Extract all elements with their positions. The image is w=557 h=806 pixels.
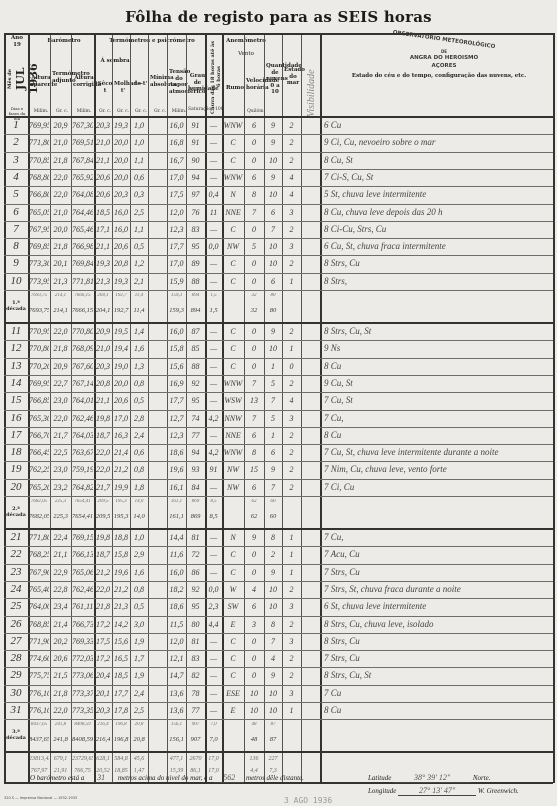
cell-vel: 0 — [245, 362, 263, 371]
cell-chuva: — — [206, 379, 221, 388]
sky-remark: 8 Ci-Cu, Strs, Cu — [324, 224, 386, 234]
sky-remark: 8 Strs, Cu — [324, 258, 360, 268]
month-summary-cell: 227 — [265, 756, 281, 762]
decade-total-tens: 159,3 — [168, 293, 185, 298]
decade-total-tens: 156,1 — [168, 736, 185, 743]
cell-term: 22,0 — [51, 706, 70, 715]
cell-mar: 0 — [283, 362, 300, 371]
grid-column-line — [320, 33, 322, 783]
visibilidade-header: Visibilidade — [306, 41, 317, 117]
cell-term: 23,0 — [51, 465, 70, 474]
cell-chuva: — — [206, 225, 221, 234]
grid-row-line — [4, 461, 553, 462]
cell-corr: 764,03 — [72, 431, 93, 440]
cell-nuv: 9 — [265, 121, 281, 130]
cell-diff: 1,9 — [131, 637, 147, 646]
sky-remark: 7 Strs, Cu — [324, 567, 360, 577]
cell-diff: 0,8 — [131, 379, 147, 388]
cell-rumo: C — [223, 277, 243, 286]
cell-nuv: 10 — [265, 706, 281, 715]
day-number: 31 — [4, 704, 28, 716]
grid-row-line — [4, 702, 553, 703]
unit-quilom: Quilóm. — [246, 109, 266, 114]
cell-seco: 19,8 — [95, 414, 111, 423]
decade-total-seco: 209,5 — [95, 513, 111, 520]
cell-vel: 8 — [245, 448, 263, 457]
cell-molh: 18,8 — [113, 533, 129, 542]
cell-rumo: NNW — [223, 414, 243, 423]
decade-total-chuva: 8,5 — [206, 499, 221, 504]
cell-alt: 765,05 — [29, 208, 49, 217]
cell-nuv: 10 — [265, 242, 281, 251]
day-number: 13 — [4, 360, 28, 372]
grid-row-line — [4, 633, 553, 634]
cell-mar: 2 — [283, 259, 300, 268]
cell-term: 21,0 — [51, 138, 70, 147]
cell-molh: 21,2 — [113, 585, 129, 594]
cell-corr: 768,09 — [72, 344, 93, 353]
cell-chuva: 4,4 — [206, 620, 221, 629]
cell-term: 21,8 — [51, 156, 70, 165]
month-summary-cell: 17,0 — [206, 756, 221, 762]
cell-alt: 762,25 — [29, 465, 49, 474]
grid-column-line — [50, 33, 51, 783]
cell-vel: 0 — [245, 225, 263, 234]
cell-nuv: 6 — [265, 208, 281, 217]
cell-grau: 85 — [187, 344, 204, 353]
cell-rumo: NW — [223, 465, 243, 474]
cell-seco: 18,7 — [95, 550, 111, 559]
cell-nuv: 7 — [265, 396, 281, 405]
decade-total-nuv: 80 — [265, 293, 281, 298]
cell-diff: 3,0 — [131, 620, 147, 629]
cell-diff: 2,1 — [131, 277, 147, 286]
cell-term: 22,8 — [51, 585, 70, 594]
cell-corr: 762,46 — [72, 585, 93, 594]
decade-total-molh: 196,8 — [113, 736, 129, 743]
cell-diff: 0,5 — [131, 242, 147, 251]
cell-mar: 3 — [283, 602, 300, 611]
cell-term: 21,8 — [51, 344, 70, 353]
cell-alt: 769,85 — [29, 242, 49, 251]
cell-mar: 2 — [283, 654, 300, 663]
cell-vel: 10 — [245, 706, 263, 715]
cell-alt: 776,10 — [29, 689, 49, 698]
decade-total-diff: 14,0 — [131, 499, 147, 504]
cell-vel: 0 — [245, 327, 263, 336]
decade-total-term: 225,3 — [51, 513, 70, 520]
latitude: Latitude 38° 39' 12" Norte. — [368, 773, 491, 783]
cell-vel: 0 — [245, 259, 263, 268]
cell-corr: 771,81 — [72, 277, 93, 286]
cell-rumo: WSW — [223, 396, 243, 405]
cell-diff: 1,9 — [131, 671, 147, 680]
cell-tens: 12,0 — [168, 208, 185, 217]
cell-molh: 19,9 — [113, 483, 129, 492]
cell-diff: 1,7 — [131, 654, 147, 663]
grid-column-line — [148, 33, 149, 783]
cell-vel: 3 — [245, 620, 263, 629]
cell-rumo: C — [223, 568, 243, 577]
velocidade-header: Velocidade horária — [246, 78, 266, 91]
cell-seco: 21,0 — [95, 344, 111, 353]
cell-seco: 20,3 — [95, 362, 111, 371]
cell-vel: 0 — [245, 344, 263, 353]
cell-vel: 15 — [245, 465, 263, 474]
cell-chuva: — — [206, 138, 221, 147]
cell-tens: 15,6 — [168, 362, 185, 371]
cell-tens: 17,7 — [168, 242, 185, 251]
decade-total-chuva: 1,5 — [206, 307, 221, 314]
cell-rumo: C — [223, 671, 243, 680]
cell-tens: 11,6 — [168, 550, 185, 559]
cell-corr: 767,60 — [72, 362, 93, 371]
cell-nuv: 1 — [265, 362, 281, 371]
sky-remark: 7 Cu, St, chuva leve intermitente durant… — [324, 447, 498, 457]
cell-vel: 0 — [245, 568, 263, 577]
sky-remark: 7 Ci, Cu — [324, 482, 354, 492]
cell-mar: 2 — [283, 465, 300, 474]
decade-total-diff: 11,4 — [131, 307, 147, 314]
unit-milim: Milím. — [30, 109, 52, 114]
grid-row-line — [4, 33, 553, 35]
cell-grau: 86 — [187, 568, 204, 577]
cell-alt: 766,80 — [29, 190, 49, 199]
cell-mar: 1 — [283, 533, 300, 542]
decade-total-molh: 192,7 — [113, 293, 129, 298]
day-number: 7 — [4, 223, 28, 235]
estado-mar-header: Estado do mar — [284, 67, 302, 87]
altura-corrigida-header: Altura corrigida — [73, 75, 95, 88]
observatory-stamp-line3: ANGRA DO HEROISMO — [384, 55, 504, 61]
cell-grau: 84 — [187, 483, 204, 492]
cell-grau: 95 — [187, 242, 204, 251]
cell-molh: 16,3 — [113, 431, 129, 440]
sky-remark: 7 Ci-S, Cu, St — [324, 172, 373, 182]
cell-term: 23,2 — [51, 483, 70, 492]
cell-seco: 17,5 — [95, 637, 111, 646]
cell-alt: 771,80 — [29, 533, 49, 542]
cell-term: 20,1 — [51, 259, 70, 268]
cell-diff: 0,5 — [131, 602, 147, 611]
cell-alt: 769,95 — [29, 379, 49, 388]
cell-corr: 772,03 — [72, 654, 93, 663]
cell-diff: 1,4 — [131, 327, 147, 336]
cell-seco: 19,8 — [95, 533, 111, 542]
day-number: 26 — [4, 618, 28, 630]
barometer-note: O barómetro está a 31 metros acima do ni… — [30, 773, 304, 783]
decade-total-term: 225,3 — [51, 499, 70, 504]
cell-seco: 17,2 — [95, 654, 111, 663]
cell-grau: 81 — [187, 533, 204, 542]
grid-row-line — [4, 186, 553, 187]
cell-diff: 2,9 — [131, 550, 147, 559]
cell-grau: 83 — [187, 225, 204, 234]
month-summary-cell: 23813,45 — [29, 756, 49, 762]
cell-seco: 20,6 — [95, 173, 111, 182]
decade-total-grau: 869 — [187, 499, 204, 504]
longitude-value: 27° 13' 47" — [398, 786, 476, 796]
decade-total-alt: 8437,65 — [29, 722, 49, 727]
cell-alt: 770,20 — [29, 362, 49, 371]
cell-term: 21,3 — [51, 277, 70, 286]
cell-term: 21,8 — [51, 689, 70, 698]
cell-alt: 767,95 — [29, 225, 49, 234]
cell-molh: 19,3 — [113, 121, 129, 130]
termometro-adjunto-header: Termómetro adjunto — [52, 71, 72, 84]
cell-mar: 4 — [283, 173, 300, 182]
grid-row-line — [4, 255, 553, 256]
day-number: 11 — [4, 325, 28, 337]
cell-nuv: 9 — [265, 465, 281, 474]
cell-alt: 765,30 — [29, 414, 49, 423]
cell-nuv: 10 — [265, 156, 281, 165]
cell-term: 21,7 — [51, 431, 70, 440]
cell-term: 22,4 — [51, 533, 70, 542]
cell-molh: 16,5 — [113, 654, 129, 663]
cell-tens: 12,0 — [168, 637, 185, 646]
grid-row-line — [4, 410, 553, 411]
cell-alt: 771,80 — [29, 138, 49, 147]
month-summary-cell: 136 — [245, 756, 263, 762]
grid-row-line — [4, 496, 553, 497]
cell-mar: 3 — [283, 242, 300, 251]
decade-total-nuv: 87 — [265, 722, 281, 727]
day-number: 10 — [4, 275, 28, 287]
grid-row-line — [4, 667, 553, 668]
cell-molh: 20,0 — [113, 173, 129, 182]
cell-corr: 767,14 — [72, 379, 93, 388]
cell-seco: 21,1 — [95, 396, 111, 405]
cell-nuv: 2 — [265, 550, 281, 559]
cell-alt: 771,90 — [29, 637, 49, 646]
cell-grau: 77 — [187, 431, 204, 440]
grid-column-line — [28, 33, 30, 783]
cell-corr: 769,51 — [72, 138, 93, 147]
cell-mar: 2 — [283, 225, 300, 234]
cell-term: 22,0 — [51, 190, 70, 199]
cell-grau: 74 — [187, 414, 204, 423]
cell-nuv: 10 — [265, 344, 281, 353]
cell-alt: 776,10 — [29, 706, 49, 715]
cell-rumo: NW — [223, 242, 243, 251]
grid-column-line — [130, 33, 131, 783]
cell-chuva: — — [206, 671, 221, 680]
decade-total-alt: 7693,75 — [29, 307, 49, 314]
cell-corr: 767,84 — [72, 156, 93, 165]
cell-tens: 13,6 — [168, 689, 185, 698]
cell-rumo: C — [223, 344, 243, 353]
cell-mar: 2 — [283, 431, 300, 440]
cell-seco: 20,3 — [95, 121, 111, 130]
cell-molh: 20,0 — [113, 156, 129, 165]
cell-molh: 19,0 — [113, 362, 129, 371]
cell-molh: 19,5 — [113, 327, 129, 336]
cell-mar: 2 — [283, 327, 300, 336]
cell-term: 20,9 — [51, 362, 70, 371]
cell-nuv: 7 — [265, 637, 281, 646]
cell-alt: 767,90 — [29, 568, 49, 577]
cell-tens: 17,7 — [168, 396, 185, 405]
cell-term: 21,8 — [51, 242, 70, 251]
cell-term: 22,0 — [51, 327, 70, 336]
cell-seco: 20,6 — [95, 190, 111, 199]
cell-diff: 2,4 — [131, 431, 147, 440]
cell-rumo: SW — [223, 602, 243, 611]
decade-total-corr: 7654,41 — [72, 499, 93, 504]
cell-mar: 2 — [283, 156, 300, 165]
grid-row-line — [4, 290, 553, 291]
cell-term: 23,0 — [51, 396, 70, 405]
day-number: 19 — [4, 463, 28, 475]
cell-tens: 16,1 — [168, 483, 185, 492]
cell-tens: 12,3 — [168, 225, 185, 234]
grid-row-line — [4, 598, 553, 599]
cell-alt: 766,85 — [29, 396, 49, 405]
cell-chuva: — — [206, 396, 221, 405]
barometer-distance: 562 — [214, 773, 244, 783]
day-number: 15 — [4, 394, 28, 406]
cell-tens: 13,6 — [168, 706, 185, 715]
cell-nuv: 10 — [265, 585, 281, 594]
cell-vel: 6 — [245, 602, 263, 611]
cell-chuva: — — [206, 483, 221, 492]
sky-remark: 7 Acu, Cu — [324, 549, 360, 559]
cell-term: 21,4 — [51, 620, 70, 629]
decade-total-term: 241,8 — [51, 736, 70, 743]
cell-tens: 14,7 — [168, 671, 185, 680]
grid-row-line — [4, 650, 553, 651]
cell-vel: 6 — [245, 121, 263, 130]
cell-term: 21,1 — [51, 550, 70, 559]
remarks-header: Estado do céu e do tempo, configuração d… — [324, 73, 554, 80]
sky-remark: 6 Cu, St, chuva fraca intermitente — [324, 241, 446, 251]
day-number: 20 — [4, 481, 28, 493]
day-number: 28 — [4, 652, 28, 664]
day-number: 24 — [4, 583, 28, 595]
decade-total-tens: 159,3 — [168, 307, 185, 314]
sky-remark: 5 St, chuva leve intermitente — [324, 189, 426, 199]
cell-mar: 2 — [283, 138, 300, 147]
decade-total-seco: 204,1 — [95, 293, 111, 298]
grid-column-line — [553, 33, 555, 783]
cell-molh: 17,7 — [113, 689, 129, 698]
cell-mar: 1 — [283, 344, 300, 353]
cell-vel: 6 — [245, 173, 263, 182]
cell-rumo: WNW — [223, 121, 243, 130]
cell-seco: 21,1 — [95, 242, 111, 251]
grid-row-line — [4, 358, 553, 359]
cell-chuva: — — [206, 362, 221, 371]
decade-total-term: 214,1 — [51, 293, 70, 298]
day-number: 25 — [4, 600, 28, 612]
cell-mar: 2 — [283, 448, 300, 457]
cell-mar: 2 — [283, 671, 300, 680]
cell-seco: 20,3 — [95, 706, 111, 715]
cell-nuv: 8 — [265, 620, 281, 629]
cell-alt: 768,80 — [29, 173, 49, 182]
decade-total-seco: 216,4 — [95, 722, 111, 727]
cell-seco: 22,0 — [95, 448, 111, 457]
grid-column-line — [264, 33, 265, 783]
cell-diff: 2,5 — [131, 208, 147, 217]
decade-total-vel: 62 — [245, 499, 263, 504]
cell-grau: 80 — [187, 620, 204, 629]
cell-mar: 3 — [283, 414, 300, 423]
sky-remark: 9 Ci, Cu, nevoeiro sobre o mar — [324, 137, 435, 147]
cell-mar: 2 — [283, 483, 300, 492]
cell-molh: 16,0 — [113, 225, 129, 234]
altura-aparente-header: Altura aparente — [30, 75, 52, 88]
cell-molh: 15,6 — [113, 637, 129, 646]
anemometro-header: Anemómetro — [224, 38, 268, 45]
cell-chuva: — — [206, 173, 221, 182]
grid-column-line — [301, 33, 302, 783]
cell-diff: 1,1 — [131, 225, 147, 234]
day-number: 16 — [4, 412, 28, 424]
cell-vel: 0 — [245, 277, 263, 286]
cell-nuv: 10 — [265, 190, 281, 199]
barometer-height: 31 — [86, 773, 116, 783]
cell-tens: 18,6 — [168, 448, 185, 457]
cell-molh: 20,3 — [113, 190, 129, 199]
cell-molh: 20,6 — [113, 396, 129, 405]
cell-mar: 3 — [283, 208, 300, 217]
cell-alt: 770,95 — [29, 327, 49, 336]
decade-total-molh: 195,3 — [113, 499, 129, 504]
sky-remark: 8 Cu, St — [324, 155, 353, 165]
cell-corr: 764,82 — [72, 483, 93, 492]
cell-grau: 90 — [187, 156, 204, 165]
cell-term: 22,5 — [51, 448, 70, 457]
cell-grau: 82 — [187, 671, 204, 680]
cell-seco: 20,9 — [95, 327, 111, 336]
cell-term: 20,6 — [51, 654, 70, 663]
date-stamp: 3 AGO 1936 — [284, 796, 332, 805]
sky-remark: 7 Cu, — [324, 532, 344, 542]
cell-molh: 21,4 — [113, 448, 129, 457]
cell-nuv: 9 — [265, 568, 281, 577]
grid-column-line — [112, 33, 113, 783]
decade-total-chuva: 7,0 — [206, 722, 221, 727]
cell-vel: 0 — [245, 550, 263, 559]
day-number: 14 — [4, 377, 28, 389]
cell-rumo: N — [223, 533, 243, 542]
cell-diff: 1,1 — [131, 156, 147, 165]
cell-alt: 773,95 — [29, 277, 49, 286]
cell-diff: 1,3 — [131, 362, 147, 371]
month-summary-cell: 679,1 — [51, 756, 70, 762]
cell-molh: 14,2 — [113, 620, 129, 629]
decade-total-diff: 20,8 — [131, 722, 147, 727]
decade-total-vel: 48 — [245, 722, 263, 727]
cell-tens: 16,7 — [168, 156, 185, 165]
cell-rumo: W — [223, 585, 243, 594]
cell-tens: 18,6 — [168, 602, 185, 611]
cell-term: 20,9 — [51, 121, 70, 130]
cell-molh: 19,3 — [113, 277, 129, 286]
decade-total-chuva: 1,5 — [206, 293, 221, 298]
latitude-value: 38° 39' 12" — [393, 773, 471, 783]
cell-tens: 19,6 — [168, 465, 185, 474]
cell-tens: 17,0 — [168, 173, 185, 182]
cell-chuva: 91 — [206, 465, 221, 474]
cell-rumo: C — [223, 362, 243, 371]
cell-term: 20,0 — [51, 225, 70, 234]
cell-tens: 12,7 — [168, 414, 185, 423]
decade-total-diff: 14,0 — [131, 513, 147, 520]
sky-remark: 8 Strs, — [324, 276, 347, 286]
